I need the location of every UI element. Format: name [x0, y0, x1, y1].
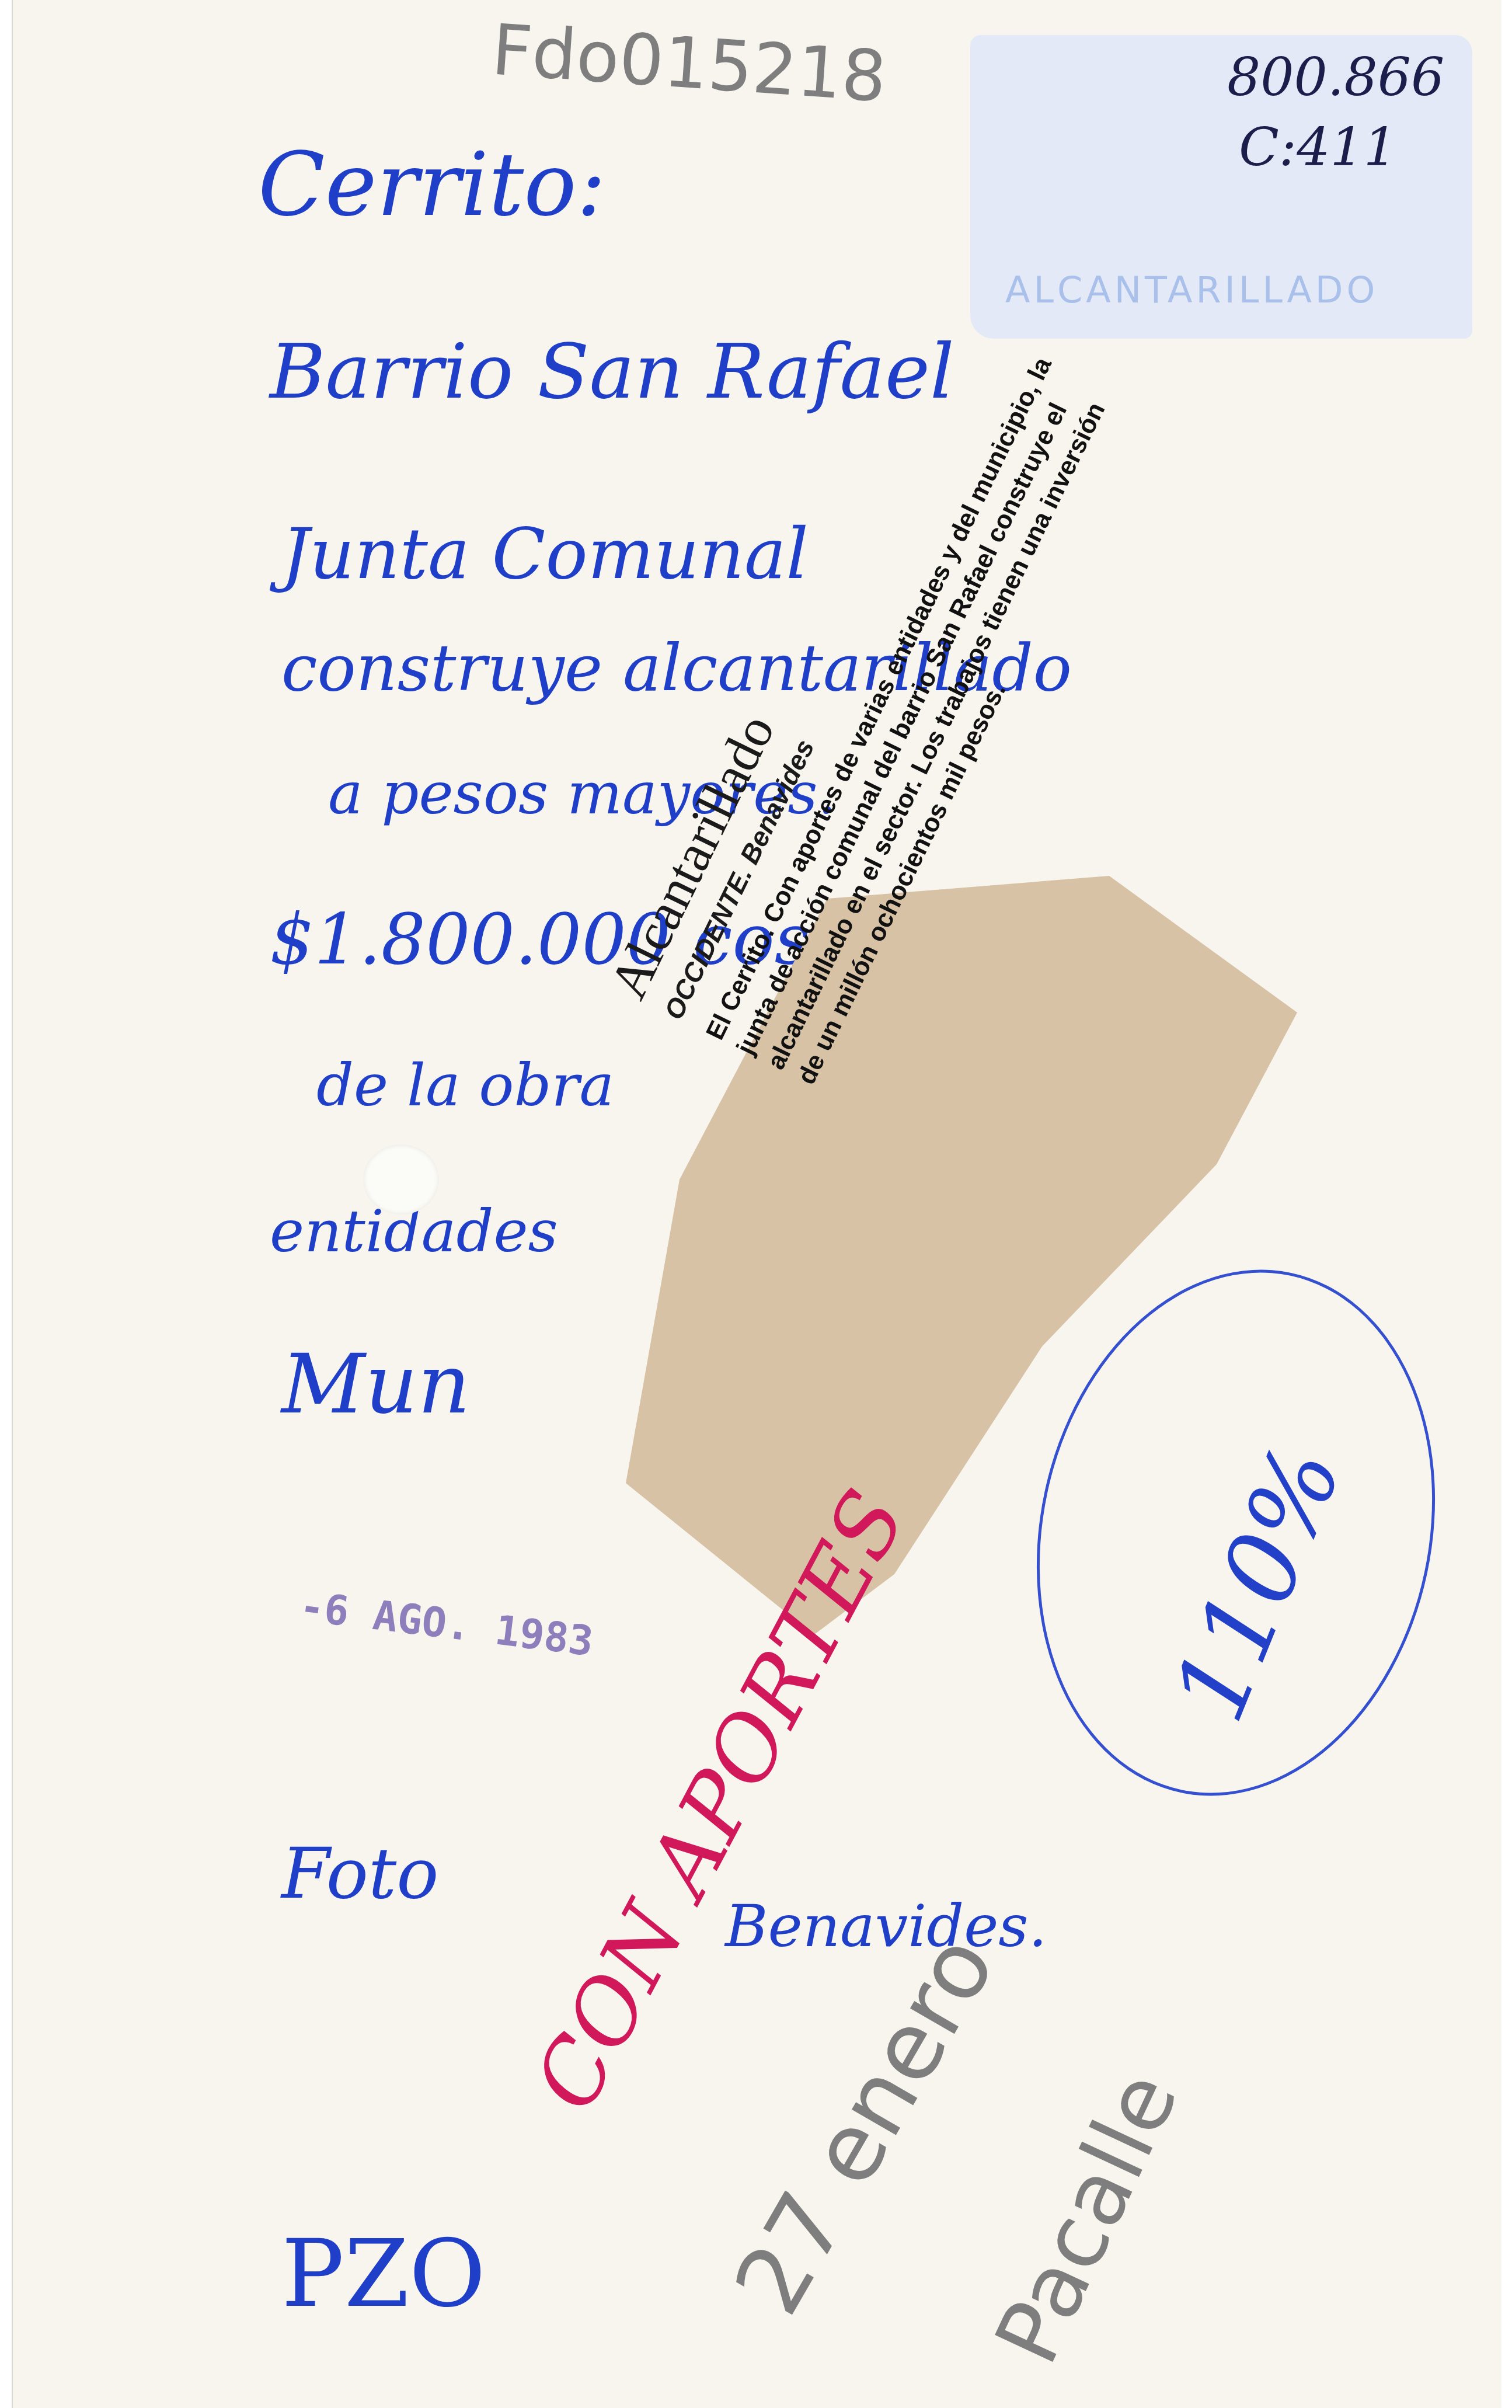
pencil-note-place: Pacalle [976, 2058, 1198, 2379]
note-foto: Foto [281, 1833, 438, 1915]
label-remnant-text: ALCANTARILLADO [1005, 269, 1378, 311]
note-location: Cerrito: [258, 134, 606, 236]
note-pzo: PZO [281, 2219, 486, 2328]
pencil-note-date: 27 enero [713, 1917, 1016, 2332]
note-photographer: Benavides. [725, 1892, 1047, 1960]
note-municipio: Mun [281, 1337, 471, 1432]
note-obra: de la obra [316, 1051, 614, 1119]
catalog-code-1: 800.866 [1227, 47, 1444, 108]
note-neighborhood: Barrio San Rafael [270, 327, 954, 416]
photo-back-sheet: ALCANTARILLADO Fdo015218 800.866 C:411 C… [12, 0, 1501, 2408]
catalog-number: Fdo015218 [489, 10, 889, 119]
date-stamp: -6 AGO. 1983 [297, 1582, 596, 1665]
punch-hole [363, 1144, 439, 1215]
note-junta: Junta Comunal [281, 514, 809, 595]
catalog-code-2: C:411 [1239, 117, 1397, 178]
